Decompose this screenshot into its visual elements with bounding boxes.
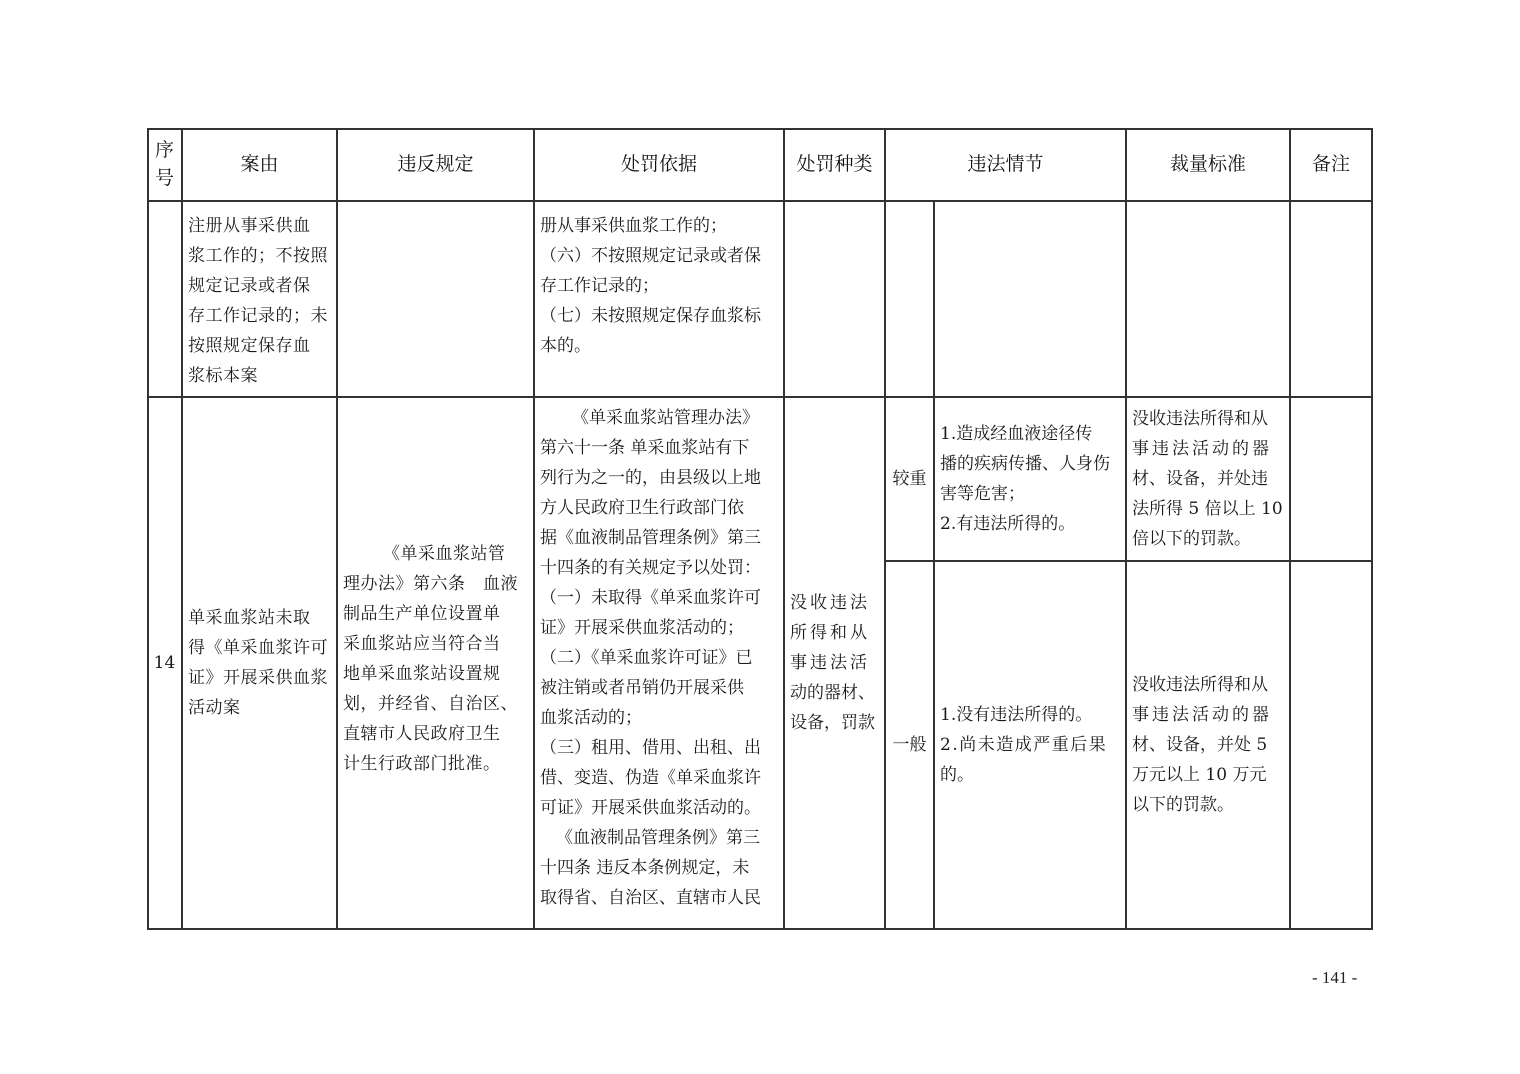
document-page: 序 号 案由 违反规定 处罚依据 处罚种类 违法情节 裁量标准 备注 注册从事采… <box>0 0 1520 1074</box>
text-line: 的。 <box>940 760 1120 790</box>
text-line: 册从事采供血浆工作的； <box>540 211 778 241</box>
text-line: 列行为之一的，由县级以上地 <box>540 463 778 493</box>
text-line: 2.有违法所得的。 <box>940 509 1120 539</box>
header-penalty-type: 处罚种类 <box>784 128 885 200</box>
penalty-discretion-table: 序 号 案由 违反规定 处罚依据 处罚种类 违法情节 裁量标准 备注 注册从事采… <box>147 128 1373 930</box>
text-line: 直辖市人民政府卫生 <box>343 719 528 749</box>
text-line: 《血液制品管理条例》第三 <box>540 823 778 853</box>
header-seq: 序 号 <box>147 128 182 200</box>
table-row-case: 单采血浆站未取 得《单采血浆许可 证》开展采供血浆 活动案 <box>182 397 337 929</box>
text-line: 万元以上 10 万元 <box>1132 760 1284 790</box>
text-line: （三）租用、借用、出租、出 <box>540 733 778 763</box>
text-line: 借、变造、伪造《单采血浆许 <box>540 763 778 793</box>
text-line: （二）《单采血浆许可证》已 <box>540 643 778 673</box>
circumstance-detail: 1.没有违法所得的。 2.尚未造成严重后果 的。 <box>934 561 1126 929</box>
text-line: 证》开展采供血浆活动的； <box>540 613 778 643</box>
header-violated-rule: 违反规定 <box>337 128 534 200</box>
text-line: 据《血液制品管理条例》第三 <box>540 523 778 553</box>
text-line: 浆标本案 <box>188 361 331 391</box>
text-line: 血浆活动的； <box>540 703 778 733</box>
text-line: 本的。 <box>540 331 778 361</box>
text-line: 被注销或者吊销仍开展采供 <box>540 673 778 703</box>
text-line: 1.没有违法所得的。 <box>940 700 1120 730</box>
discretion-standard: 没收违法所得和从 事违法活动的器 材、设备，并处违 法所得 5 倍以上 10 倍… <box>1126 397 1290 561</box>
text-line: 证》开展采供血浆 <box>188 663 331 693</box>
table-border-right <box>1371 128 1373 930</box>
table-row-case: 注册从事采供血 浆工作的；不按照 规定记录或者保 存工作记录的；未 按照规定保存… <box>182 201 337 396</box>
text-line: 按照规定保存血 <box>188 331 331 361</box>
circumstance-detail: 1.造成经血液途径传 播的疾病传播、人身伤 害等危害； 2.有违法所得的。 <box>934 397 1126 561</box>
page-number: - 141 - <box>1312 968 1357 988</box>
header-seq-char: 序 <box>155 136 174 164</box>
text-line: 没收违法所得和从 <box>1132 670 1284 700</box>
header-remarks: 备注 <box>1290 128 1372 200</box>
text-line: 划，并经省、自治区、 <box>343 689 528 719</box>
text-line: 浆工作的；不按照 <box>188 241 331 271</box>
table-row-penalty-basis: 《单采血浆站管理办法》 第六十一条 单采血浆站有下 列行为之一的，由县级以上地 … <box>534 397 784 929</box>
text-line: 采血浆站应当符合当 <box>343 629 528 659</box>
text-line: 计生行政部门批准。 <box>343 749 528 779</box>
header-circumstances: 违法情节 <box>885 128 1126 200</box>
text-line: 材、设备，并处违 <box>1132 464 1284 494</box>
text-line: 事违法活动的器 <box>1132 434 1284 464</box>
text-line: 害等危害； <box>940 479 1120 509</box>
text-line: 以下的罚款。 <box>1132 790 1284 820</box>
text-line: 单采血浆站未取 <box>188 603 331 633</box>
text-line: 事违法活动的器 <box>1132 700 1284 730</box>
text-line: 材、设备，并处 5 <box>1132 730 1284 760</box>
text-line: 十四条的有关规定予以处罚： <box>540 553 778 583</box>
text-line: 十四条 违反本条例规定，未 <box>540 853 778 883</box>
table-row-penalty-type: 没收违法 所得和从 事违法活 动的器材、 设备，罚款 <box>784 397 885 929</box>
text-line: 可证》开展采供血浆活动的。 <box>540 793 778 823</box>
discretion-standard: 没收违法所得和从 事违法活动的器 材、设备，并处 5 万元以上 10 万元 以下… <box>1126 561 1290 929</box>
text-line: 没收违法所得和从 <box>1132 404 1284 434</box>
text-line: 得《单采血浆许可 <box>188 633 331 663</box>
text-line: 制品生产单位设置单 <box>343 599 528 629</box>
text-line: （六）不按照规定记录或者保 <box>540 241 778 271</box>
text-line: 取得省、自治区、直辖市人民 <box>540 883 778 913</box>
text-line: 《单采血浆站管理办法》 <box>540 403 778 433</box>
text-line: （七）未按照规定保存血浆标 <box>540 301 778 331</box>
header-seq-char: 号 <box>155 164 174 192</box>
text-line: 《单采血浆站管 <box>343 539 528 569</box>
table-row-penalty-basis: 册从事采供血浆工作的； （六）不按照规定记录或者保 存工作记录的； （七）未按照… <box>534 201 784 396</box>
text-line: 播的疾病传播、人身伤 <box>940 449 1120 479</box>
text-line: （一）未取得《单采血浆许可 <box>540 583 778 613</box>
table-row-violated-rule: 《单采血浆站管 理办法》第六条 血液 制品生产单位设置单 采血浆站应当符合当 地… <box>337 397 534 929</box>
text-line: 存工作记录的；未 <box>188 301 331 331</box>
header-discretion-standard: 裁量标准 <box>1126 128 1290 200</box>
header-penalty-basis: 处罚依据 <box>534 128 784 200</box>
text-line: 事违法活 <box>790 648 879 678</box>
table-row-seq: 14 <box>147 397 182 929</box>
text-line: 存工作记录的； <box>540 271 778 301</box>
severity-level-general: 一般 <box>885 561 934 929</box>
text-line: 2.尚未造成严重后果 <box>940 730 1120 760</box>
header-case: 案由 <box>182 128 337 200</box>
text-line: 所得和从 <box>790 618 879 648</box>
text-line: 活动案 <box>188 693 331 723</box>
text-line: 法所得 5 倍以上 10 <box>1132 494 1284 524</box>
text-line: 设备，罚款 <box>790 708 879 738</box>
severity-level-serious: 较重 <box>885 397 934 561</box>
text-line: 规定记录或者保 <box>188 271 331 301</box>
text-line: 注册从事采供血 <box>188 211 331 241</box>
text-line: 倍以下的罚款。 <box>1132 524 1284 554</box>
text-line: 动的器材、 <box>790 678 879 708</box>
text-line: 理办法》第六条 血液 <box>343 569 528 599</box>
text-line: 没收违法 <box>790 588 879 618</box>
text-line: 第六十一条 单采血浆站有下 <box>540 433 778 463</box>
text-line: 1.造成经血液途径传 <box>940 419 1120 449</box>
text-line: 方人民政府卫生行政部门依 <box>540 493 778 523</box>
text-line: 地单采血浆站设置规 <box>343 659 528 689</box>
